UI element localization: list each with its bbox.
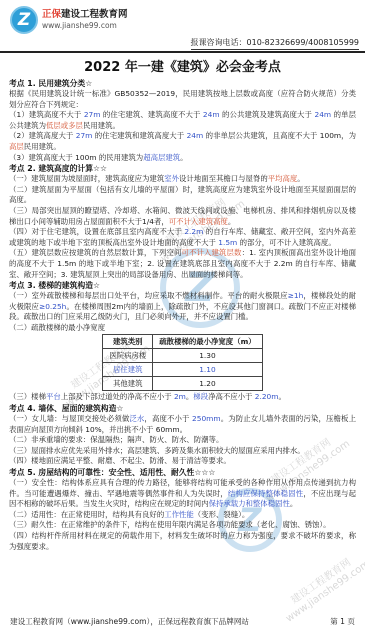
text-segment: 的住宅建筑、建筑高度不大于 [100,110,202,119]
table-cell: 1.20 [153,377,262,391]
text-segment: （四）楼地面应满足平整、耐磨、不起尘、防滑、易于清洁等要求。 [9,456,231,465]
site-logo: Z 正保建设工程教育网 www.jianshe99.com [10,6,357,34]
paragraph: （1）建筑高度不大于 27m 的住宅建筑、建筑高度不大于 24m 的公共建筑及建… [9,110,356,131]
section-heading: 考点 3. 楼梯的建筑构造☆ [9,280,356,291]
text-segment: 结构应保持整体稳固性 [228,489,303,498]
logo-text: 正保建设工程教育网 www.jianshe99.com [42,6,128,31]
paragraph: （五）建筑层数应按建筑的自然层数计算，下列空间可不计入建筑层数：1. 室内顶板面… [9,248,356,280]
paragraph: （三）耐久性：在正常维护的条件下，结构在使用年限内满足各项功能要求（老化、腐蚀、… [9,520,356,531]
section-heading: 考点 2. 建筑高度的计算☆☆ [9,163,356,174]
text-segment: 。 [297,174,304,183]
text-segment: 。 [328,238,335,247]
text-segment: 平均高度 [268,174,298,183]
text-segment: 24m [203,110,220,119]
table-header-cell: 建筑类别 [103,335,153,349]
document-body: 考点 1. 民用建筑分类☆根据《民用建筑设计统一标准》GB50352—2019，… [0,77,365,552]
text-segment: 24m [187,131,204,140]
text-segment: 2m [174,392,186,401]
paragraph: （三）楼梯平台上部及下部过道处的净高不应小于 2m。梯段净高不应小于 2.20m… [9,392,356,403]
paragraph: （一）女儿墙：与屋顶交接处必须做泛水，高度不小于 250mm。为防止女儿墙外表面… [9,414,356,435]
table-cell: 医院病房楼 [103,349,153,363]
text-segment: 设计地面至其檐口与屋脊的 [179,174,268,183]
table-row: 医院病房楼1.30 [103,349,262,363]
document-page: Z Z 建设工程教育网 www.jianshe99.com 建设工程教育网 ww… [0,0,365,641]
paragraph: （2）建筑高度大于 27m 的住宅建筑和建筑高度大于 24m 的非单层公共建筑，… [9,131,356,152]
section-heading: 考点 5. 房屋结构的可靠性：安全性、适用性、耐久性☆☆☆ [9,467,356,478]
text-segment: 。 [228,217,235,226]
brand-z-icon: Z [10,6,38,34]
text-segment: 的非单层公共建筑，且高度不大于 100m，为 [203,131,356,140]
text-segment: 上部及下部过道处的净高不应小于 [61,392,174,401]
text-segment: （3）建筑高度大于 100m 的民用建筑为 [9,153,143,162]
paragraph: （四）楼地面应满足平整、耐磨、不起尘、防滑、易于清洁等要求。 [9,456,356,467]
text-segment: （三）耐久性：在正常维护的条件下，结构在使用年限内满足各项功能要求（老化、腐蚀、… [9,520,331,529]
paragraph: （四）结构杆件所用材料在规定的荷载作用下，材料发生破坏时的应力称为强度，要求不破… [9,531,356,552]
paragraph: （二）适用性：在正常使用时，结构具有良好的工作性能（变形、裂缝）。 [9,510,356,521]
paragraph: （二）非承重墙的要求：保温隔热；隔声、防火、防水、防潮等。 [9,435,356,446]
table-row: 居住建筑1.10 [103,363,262,377]
text-segment: （变形、裂缝）。 [194,510,249,519]
text-segment: （二）疏散楼梯的最小净宽度 [9,323,105,332]
text-segment: ，高度不小于 [144,414,192,423]
text-segment: （五）建筑层数应按建筑的自然层数计算，下列空间 [9,248,182,257]
paragraph: （一）室外疏散楼梯和每层出口处平台，均应采取不燃材料制作。平台的耐火极限应≥1h… [9,291,356,323]
text-segment: （四）结构杆件所用材料在规定的荷载作用下，材料发生破坏时的应力称为强度，要求不破… [9,531,356,551]
watermark-text: 建设工程教育网 www.jianshe99.com [277,549,365,626]
text-segment: 民用建筑。 [83,121,120,130]
table-row: 其他建筑1.20 [103,377,262,391]
text-segment: 1.5m [218,238,237,247]
paragraph: （一）安全性：结构体系应具有合理的传力路径，能够将结构可能承受的各种作用从作用点… [9,478,356,510]
text-segment: 工作性能 [164,510,194,519]
page-footer: 建设工程教育网（www.jianshe99.com），正保远程教育旗下品牌网站 … [0,616,365,627]
text-segment: （一）女儿墙：与屋顶交接处必须做 [9,414,129,423]
text-segment: （一）室外疏散楼梯和每层出口处平台，均应采取不燃材料制作。平台的耐火极限应 [9,291,288,300]
page-header: Z 正保建设工程教育网 www.jianshe99.com 报课咨询电话：010… [0,0,365,53]
text-segment: 250mm [192,414,221,423]
text-segment: 27m [76,131,93,140]
text-segment: 民用建筑。 [24,142,61,151]
footer-site-text: 建设工程教育网（www.jianshe99.com），正保远程教育旗下品牌网站 [10,616,249,627]
hotline-text: 报课咨询电话：010-82326699/4008105999 [191,37,359,50]
text-segment: 低层或多层 [46,121,83,130]
text-segment: 室外 [164,174,179,183]
text-segment: 2.20m [255,392,279,401]
text-segment: 27m [84,110,101,119]
text-segment: 泛水 [129,414,144,423]
text-segment: （一）建筑屋面为坡屋面时，建筑高度应为建筑 [9,174,164,183]
paragraph: （二）建筑屋面为平屋面（包括有女儿墙的平屋面）时，建筑高度应为建筑室外设计地面至… [9,185,356,206]
section-heading: 考点 1. 民用建筑分类☆ [9,78,356,89]
text-segment: 平台 [46,392,61,401]
text-segment: 根据《民用建筑设计统一标准》GB50352—2019，民用建筑按地上层数或高度（… [9,89,356,109]
text-segment: 24m [315,110,332,119]
paragraph: （3）建筑高度大于 100m 的民用建筑为超高层建筑。 [9,153,356,164]
text-segment: 。 [180,153,187,162]
text-segment: （二）适用性：在正常使用时，结构具有良好的 [9,510,164,519]
logo-site-name: 正保建设工程教育网 [42,9,128,20]
min-width-table: 建筑类别疏散楼梯的最小净宽度（m）医院病房楼1.30居住建筑1.10其他建筑1.… [102,334,262,391]
page-number: 第 1 页 [330,616,355,627]
text-segment: 可不计入建筑高度 [169,217,228,226]
logo-brand: 正保 [42,9,61,20]
text-segment: 2.2m [184,227,203,236]
section-heading: 考点 4. 墙体、屋面的建筑构造☆ [9,403,356,414]
text-segment: 的住宅建筑和建筑高度大于 [92,131,186,140]
text-segment: 保持承载力和整体稳固性 [209,499,290,508]
text-segment: （四）对于住宅建筑，设置在底部且室内高度不大于 [9,227,184,236]
table-header-cell: 疏散楼梯的最小净宽度（m） [153,335,262,349]
text-segment: ≥0.25h [39,302,66,311]
text-segment: 梯段 [193,392,208,401]
text-segment: 超高层建筑 [143,153,180,162]
paragraph: （三）屋面排水应优先采用外排水；高层建筑、多跨及集水面积较大的屋面应采用内排水。 [9,446,356,457]
table-cell: 其他建筑 [103,377,153,391]
text-segment: （二）非承重墙的要求：保温隔热；隔声、防火、防水、防潮等。 [9,435,223,444]
paragraph: 根据《民用建筑设计统一标准》GB50352—2019，民用建筑按地上层数或高度（… [9,89,356,110]
table-cell: 1.10 [153,363,262,377]
paragraph: （一）建筑屋面为坡屋面时，建筑高度应为建筑室外设计地面至其檐口与屋脊的平均高度。 [9,174,356,185]
text-segment: 的公共建筑及建筑高度大于 [220,110,315,119]
text-segment: 。 [290,499,297,508]
text-segment: 高层 [9,142,24,151]
text-segment: 。 [278,392,285,401]
table-cell: 居住建筑 [103,363,153,377]
text-segment: 可不计入建筑高度 [269,238,328,247]
text-segment: （1）建筑高度不大于 [9,110,84,119]
paragraph: （三）局部突出屋顶的瞭望塔、冷却塔、水箱间、微波天线间或设施、电梯机房、排风和排… [9,206,356,227]
text-segment: （二）建筑屋面为平屋面（包括有女儿墙的平屋面）时，建筑高度应为建筑室外设计地面至… [9,185,356,205]
page-title: 2022 年一建《建筑》必会金考点 [0,53,365,77]
text-segment: 的部分， [237,238,269,247]
paragraph: （四）对于住宅建筑，设置在底部且室内高度不大于 2.2m 的自行车库、储藏室、敞… [9,227,356,248]
text-segment: （2）建筑高度大于 [9,131,76,140]
text-segment: 净高不应小于 [208,392,255,401]
text-segment: （三）屋面排水应优先采用外排水；高层建筑、多跨及集水面积较大的屋面应采用内排水。 [9,446,305,455]
table-cell: 1.30 [153,349,262,363]
text-segment: ≥1h [288,291,304,300]
logo-url: www.jianshe99.com [42,20,128,31]
text-segment: （三）楼梯 [9,392,46,401]
text-segment: 可不计入建筑层数 [182,248,242,257]
paragraph: （二）疏散楼梯的最小净宽度 [9,323,356,334]
